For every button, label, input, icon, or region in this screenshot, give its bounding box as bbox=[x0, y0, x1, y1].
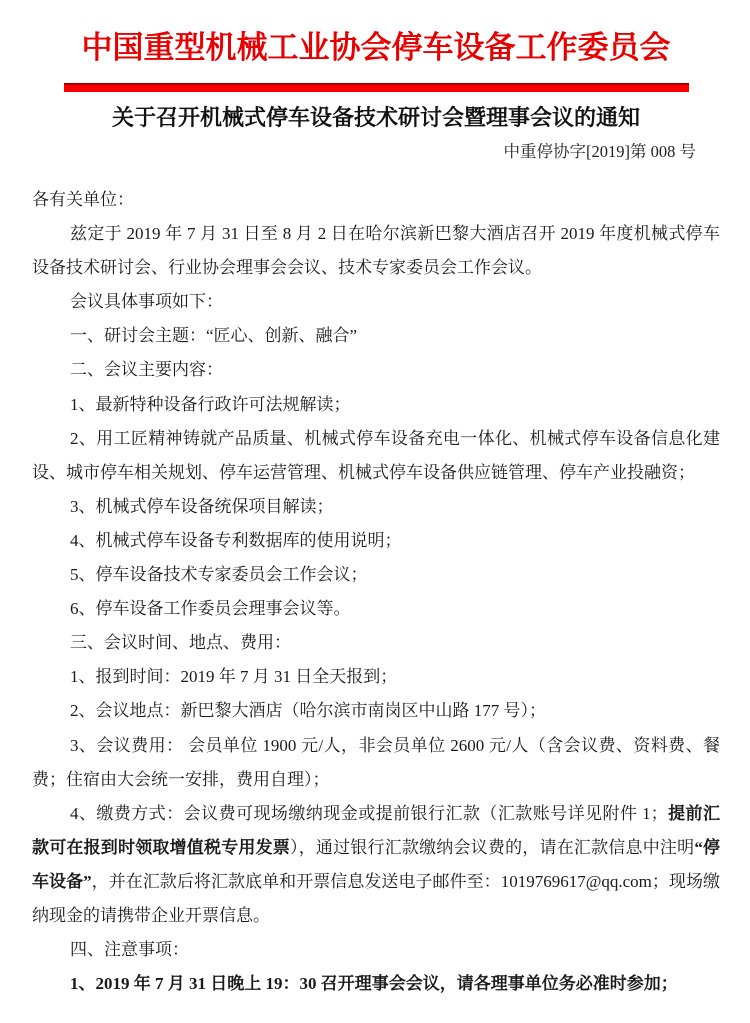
text-run: ，并在汇款后将汇款底单和开票信息发送电子邮件至：1019769617@qq.co… bbox=[32, 872, 720, 925]
text-run: 四、注意事项： bbox=[70, 940, 189, 959]
text-run: 5、停车设备技术专家委员会工作会议； bbox=[70, 565, 368, 584]
text-run: 2、用工匠精神铸就产品质量、机械式停车设备充电一体化、机械式停车设备信息化建设、… bbox=[32, 429, 720, 482]
notice-title: 关于召开机械式停车设备技术研讨会暨理事会议的通知 bbox=[32, 103, 720, 133]
org-title: 中国重型机械工业协会停车设备工作委员会 bbox=[32, 26, 720, 70]
body-paragraph: 1、最新特种设备行政许可法规解读； bbox=[32, 388, 720, 422]
body-paragraph: 1、报到时间：2019 年 7 月 31 日全天报到； bbox=[32, 660, 720, 694]
doc-number: 中重停协字[2019]第 008 号 bbox=[32, 140, 720, 164]
text-run: 1、报到时间：2019 年 7 月 31 日全天报到； bbox=[70, 667, 397, 686]
body-paragraph: 1、2019 年 7 月 31 日晚上 19：30 召开理事会会议，请各理事单位… bbox=[32, 967, 720, 1001]
red-divider-rule bbox=[64, 83, 689, 92]
body-paragraph: 会议具体事项如下： bbox=[32, 285, 720, 319]
text-run: 2、会议地点：新巴黎大酒店（哈尔滨市南岗区中山路 177 号）； bbox=[70, 701, 546, 720]
text-run: 6、停车设备工作委员会理事会议等。 bbox=[70, 599, 351, 618]
text-run: 4、机械式停车设备专利数据库的使用说明； bbox=[70, 531, 402, 550]
body-paragraph: 四、注意事项： bbox=[32, 933, 720, 967]
text-run: 一、研讨会主题：“匠心、创新、融合” bbox=[70, 326, 357, 345]
body-paragraph: 2、会议地点：新巴黎大酒店（哈尔滨市南岗区中山路 177 号）； bbox=[32, 694, 720, 728]
text-run: 三、会议时间、地点、费用： bbox=[70, 633, 291, 652]
text-run: 兹定于 2019 年 7 月 31 日至 8 月 2 日在哈尔滨新巴黎大酒店召开… bbox=[32, 224, 720, 277]
document-page: 中国重型机械工业协会停车设备工作委员会 关于召开机械式停车设备技术研讨会暨理事会… bbox=[0, 0, 750, 1023]
body-paragraph: 3、会议费用： 会员单位 1900 元/人，非会员单位 2600 元/人（含会议… bbox=[32, 729, 720, 797]
body-paragraph: 4、机械式停车设备专利数据库的使用说明； bbox=[32, 524, 720, 558]
document-body: 各有关单位：兹定于 2019 年 7 月 31 日至 8 月 2 日在哈尔滨新巴… bbox=[32, 183, 720, 1001]
body-paragraph: 兹定于 2019 年 7 月 31 日至 8 月 2 日在哈尔滨新巴黎大酒店召开… bbox=[32, 217, 720, 285]
body-paragraph: 5、停车设备技术专家委员会工作会议； bbox=[32, 558, 720, 592]
body-paragraph: 三、会议时间、地点、费用： bbox=[32, 626, 720, 660]
text-run: 4、缴费方式：会议费可现场缴纳现金或提前银行汇款（汇款账号详见附件 1； bbox=[70, 804, 668, 823]
text-run: 二、会议主要内容： bbox=[70, 360, 223, 379]
body-paragraph: 一、研讨会主题：“匠心、创新、融合” bbox=[32, 319, 720, 353]
text-run: 各有关单位： bbox=[32, 190, 134, 209]
body-paragraph: 2、用工匠精神铸就产品质量、机械式停车设备充电一体化、机械式停车设备信息化建设、… bbox=[32, 422, 720, 490]
body-paragraph: 3、机械式停车设备统保项目解读； bbox=[32, 490, 720, 524]
bold-text-run: 1、2019 年 7 月 31 日晚上 19：30 召开理事会会议，请各理事单位… bbox=[70, 974, 678, 993]
body-paragraph: 6、停车设备工作委员会理事会议等。 bbox=[32, 592, 720, 626]
text-run: 会议具体事项如下： bbox=[70, 292, 223, 311]
text-run: 1、最新特种设备行政许可法规解读； bbox=[70, 395, 351, 414]
text-run: 3、会议费用： 会员单位 1900 元/人，非会员单位 2600 元/人（含会议… bbox=[32, 736, 720, 789]
text-run: ），通过银行汇款缴纳会议费的，请在汇款信息中注明 bbox=[290, 838, 694, 857]
body-paragraph: 4、缴费方式：会议费可现场缴纳现金或提前银行汇款（汇款账号详见附件 1；提前汇款… bbox=[32, 797, 720, 933]
body-paragraph: 二、会议主要内容： bbox=[32, 353, 720, 387]
body-paragraph: 各有关单位： bbox=[32, 183, 720, 217]
text-run: 3、机械式停车设备统保项目解读； bbox=[70, 497, 334, 516]
